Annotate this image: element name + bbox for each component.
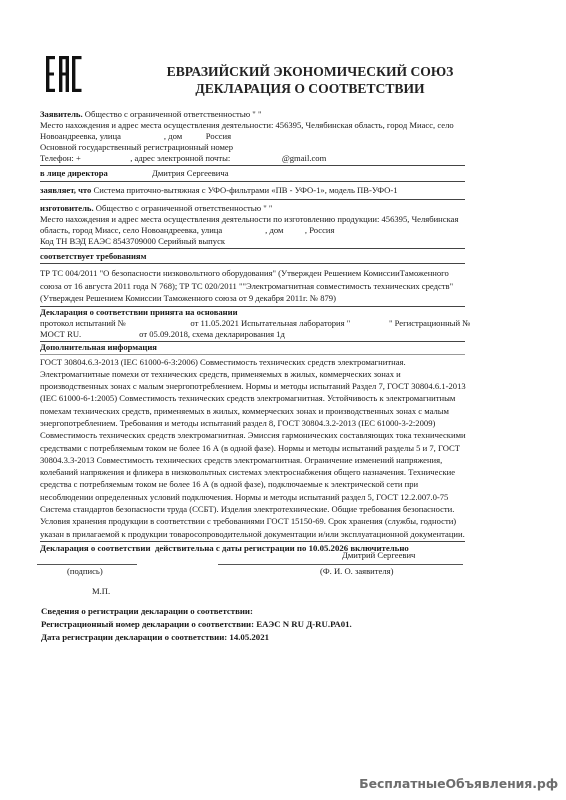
additional-line: указан в прилагаемой к продукции товарос… (40, 528, 465, 540)
manufacturer-code: Код ТН ВЭД ЕАЭС 8543709000 Серийный выпу… (40, 236, 465, 247)
divider (40, 165, 465, 166)
divider (40, 263, 465, 264)
declares-label: заявляет, что (40, 185, 91, 195)
basis-line: протокол испытаний № от 11.05.2021 Испыт… (40, 318, 465, 329)
director-label: в лице директора (40, 168, 152, 179)
applicant-address-1: Место нахождения и адрес места осуществл… (40, 120, 465, 131)
signer-name: Дмитрий Сергеевич (342, 550, 415, 561)
additional-line: Условия хранения продукции в соответстви… (40, 515, 465, 527)
additional-line: средствами с потребляемым током не более… (40, 442, 465, 454)
additional-line: (IEC 61000-6-1:2005) Совместимость техни… (40, 392, 465, 404)
declares-row: заявляет, что Система приточно-вытяжная … (40, 185, 465, 196)
applicant-label: Заявитель (40, 109, 80, 119)
watermark-text: БесплатныеОбъявления.рф (359, 776, 558, 791)
requirements-label: соответствует требованиям (40, 251, 465, 262)
additional-line: колебаний напряжения и фликера в низково… (40, 466, 465, 478)
registration-info: Сведения о регистрации декларации о соот… (41, 605, 352, 644)
eac-logo (41, 50, 87, 97)
requirements-line: (Утвержден Решением Комиссии Таможенного… (40, 292, 465, 305)
header-title-union: ЕВРАЗИЙСКИЙ ЭКОНОМИЧЕСКИЙ СОЮЗ (120, 63, 500, 80)
director-row: в лице директораДмитрия Сергеевича (40, 168, 465, 179)
additional-line: несоблюдении определенных условий подклю… (40, 491, 465, 503)
divider (40, 181, 465, 182)
applicant-address-2: Новоандреевка, улица , дом Россия (40, 131, 465, 142)
additional-line: производственных зонах с малым энергопот… (40, 380, 465, 392)
divider (40, 248, 465, 249)
registration-heading: Сведения о регистрации декларации о соот… (41, 605, 352, 618)
signature-line (37, 564, 137, 565)
requirements-line: союза от 16 августа 2011 года N 768); ТР… (40, 280, 465, 293)
applicant-ogrn: Основной государственный регистрационный… (40, 142, 465, 153)
header-title-declaration: ДЕКЛАРАЦИЯ О СООТВЕТСТВИИ (120, 80, 500, 97)
name-line (218, 564, 463, 565)
additional-line: 30804.3.3-2013 Совместимость технических… (40, 454, 465, 466)
manufacturer-address-1: Место нахождения и адрес места осуществл… (40, 214, 465, 225)
divider (40, 199, 465, 200)
additional-line: помехам технических средств, применяемых… (40, 405, 465, 417)
stamp-placeholder: М.П. (92, 586, 110, 597)
additional-line: энергопотреблением. Требования и методы … (40, 417, 465, 429)
applicant-name: Общество с ограниченной ответственностью… (85, 109, 262, 119)
declaration-body: Заявитель. Общество с ограниченной ответ… (40, 105, 465, 554)
additional-line: Совместимость технических средств электр… (40, 429, 465, 441)
registration-date: Дата регистрации декларации о соответств… (41, 631, 352, 644)
divider (40, 354, 465, 355)
additional-label: Дополнительная информация (40, 342, 465, 353)
applicant-section: Заявитель. Общество с ограниченной ответ… (40, 109, 465, 164)
divider (40, 541, 465, 542)
additional-line: средства с потребляемым током не более 1… (40, 478, 465, 490)
document-header: ЕВРАЗИЙСКИЙ ЭКОНОМИЧЕСКИЙ СОЮЗ ДЕКЛАРАЦИ… (120, 63, 500, 97)
basis-label: Декларация о соответствии принята на осн… (40, 307, 465, 318)
requirements-text: ТР ТС 004/2011 "О безопасности низковоль… (40, 267, 465, 305)
manufacturer-label: изготовитель (40, 203, 91, 213)
director-name: Дмитрия Сергеевича (152, 168, 229, 178)
manufacturer-section: изготовитель. Общество с ограниченной от… (40, 203, 465, 247)
signature-caption: (подпись) (67, 566, 103, 577)
manufacturer-address-2: область, город Миасс, село Новоандреевка… (40, 225, 465, 236)
registration-number: Регистрационный номер декларации о соотв… (41, 618, 352, 631)
name-caption: (Ф. И. О. заявителя) (320, 566, 393, 577)
additional-text: ГОСТ 30804.6.3-2013 (IEC 61000-6-3:2006)… (40, 356, 465, 540)
product-name: Система приточно-вытяжная с УФО-фильтрам… (94, 185, 398, 195)
additional-line: Система стандартов безопасности труда (С… (40, 503, 465, 515)
eac-mark-icon (45, 54, 83, 94)
basis-line: МОСТ RU. от 05.09.2018, схема деклариров… (40, 329, 465, 340)
requirements-line: ТР ТС 004/2011 "О безопасности низковоль… (40, 267, 465, 280)
additional-line: Электромагнитные помехи от технических с… (40, 368, 465, 380)
additional-line: ГОСТ 30804.6.3-2013 (IEC 61000-6-3:2006)… (40, 356, 465, 368)
manufacturer-name: Общество с ограниченной ответственностью… (96, 203, 273, 213)
applicant-contacts: Телефон: + , адрес электронной почты: @g… (40, 153, 465, 164)
